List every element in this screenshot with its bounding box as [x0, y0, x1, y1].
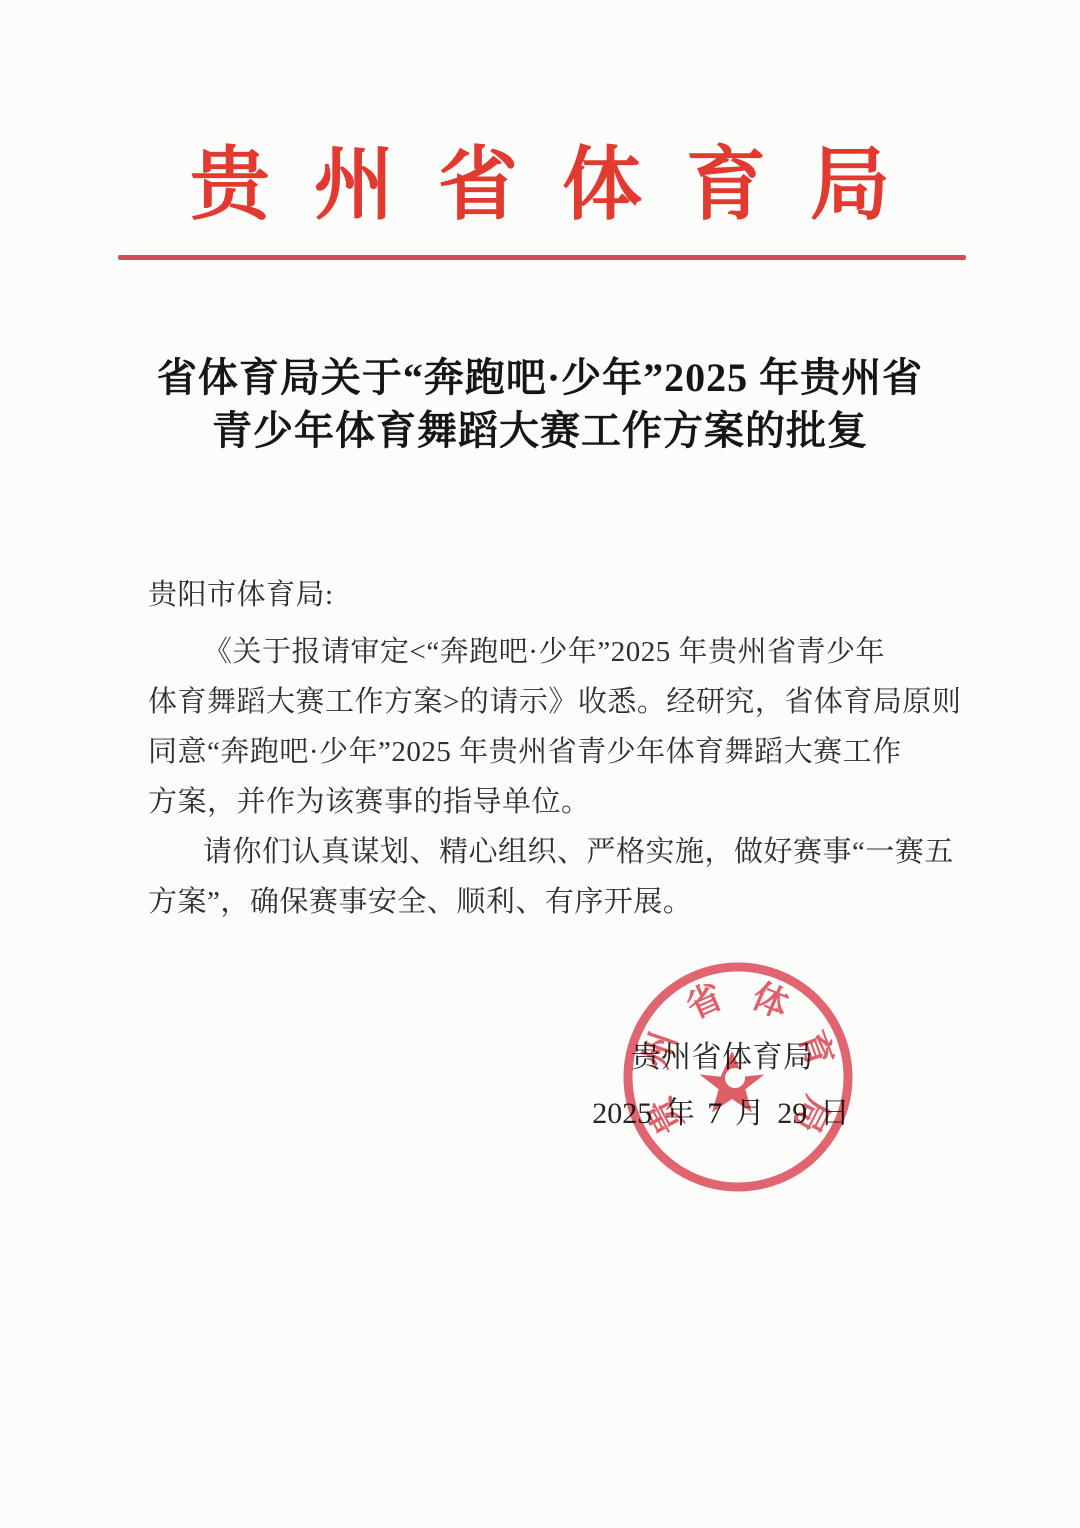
- document-title-line1: 省体育局关于“奔跑吧·少年”2025 年贵州省: [0, 351, 1080, 404]
- seal-arc-char: 体: [747, 976, 794, 1026]
- official-seal-stamp: 贵 州 省 体 育 局: [618, 957, 858, 1197]
- letter-body: 贵阳市体育局: 《关于报请审定<“奔跑吧·少年”2025 年贵州省青少年 体育舞…: [148, 570, 978, 927]
- document-page: 贵州省体育局 省体育局关于“奔跑吧·少年”2025 年贵州省 青少年体育舞蹈大赛…: [0, 0, 1080, 1528]
- seal-arc-char: 育: [791, 1025, 841, 1072]
- letterhead-divider-line: [118, 255, 966, 260]
- document-title: 省体育局关于“奔跑吧·少年”2025 年贵州省 青少年体育舞蹈大赛工作方案的批复: [0, 351, 1080, 457]
- body-line: 《关于报请审定<“奔跑吧·少年”2025 年贵州省青少年: [148, 627, 978, 677]
- seal-arc-char: 州: [636, 1027, 684, 1073]
- body-line: 同意“奔跑吧·少年”2025 年贵州省青少年体育舞蹈大赛工作: [148, 727, 978, 777]
- body-line: 请你们认真谋划、精心组织、严格实施，做好赛事“一赛五: [148, 827, 978, 877]
- seal-arc-text: 贵 州 省 体 育 局: [636, 976, 841, 1140]
- body-line: 方案”，确保赛事安全、顺利、有序开展。: [148, 877, 978, 927]
- seal-star-icon: [700, 1051, 765, 1113]
- letterhead-org-name: 贵州省体育局: [0, 140, 1080, 232]
- salutation: 贵阳市体育局:: [148, 570, 978, 620]
- body-line: 体育舞蹈大赛工作方案>的请示》收悉。经研究，省体育局原则: [148, 677, 978, 727]
- document-title-line2: 青少年体育舞蹈大赛工作方案的批复: [0, 404, 1080, 457]
- body-line: 方案，并作为该赛事的指导单位。: [148, 777, 978, 827]
